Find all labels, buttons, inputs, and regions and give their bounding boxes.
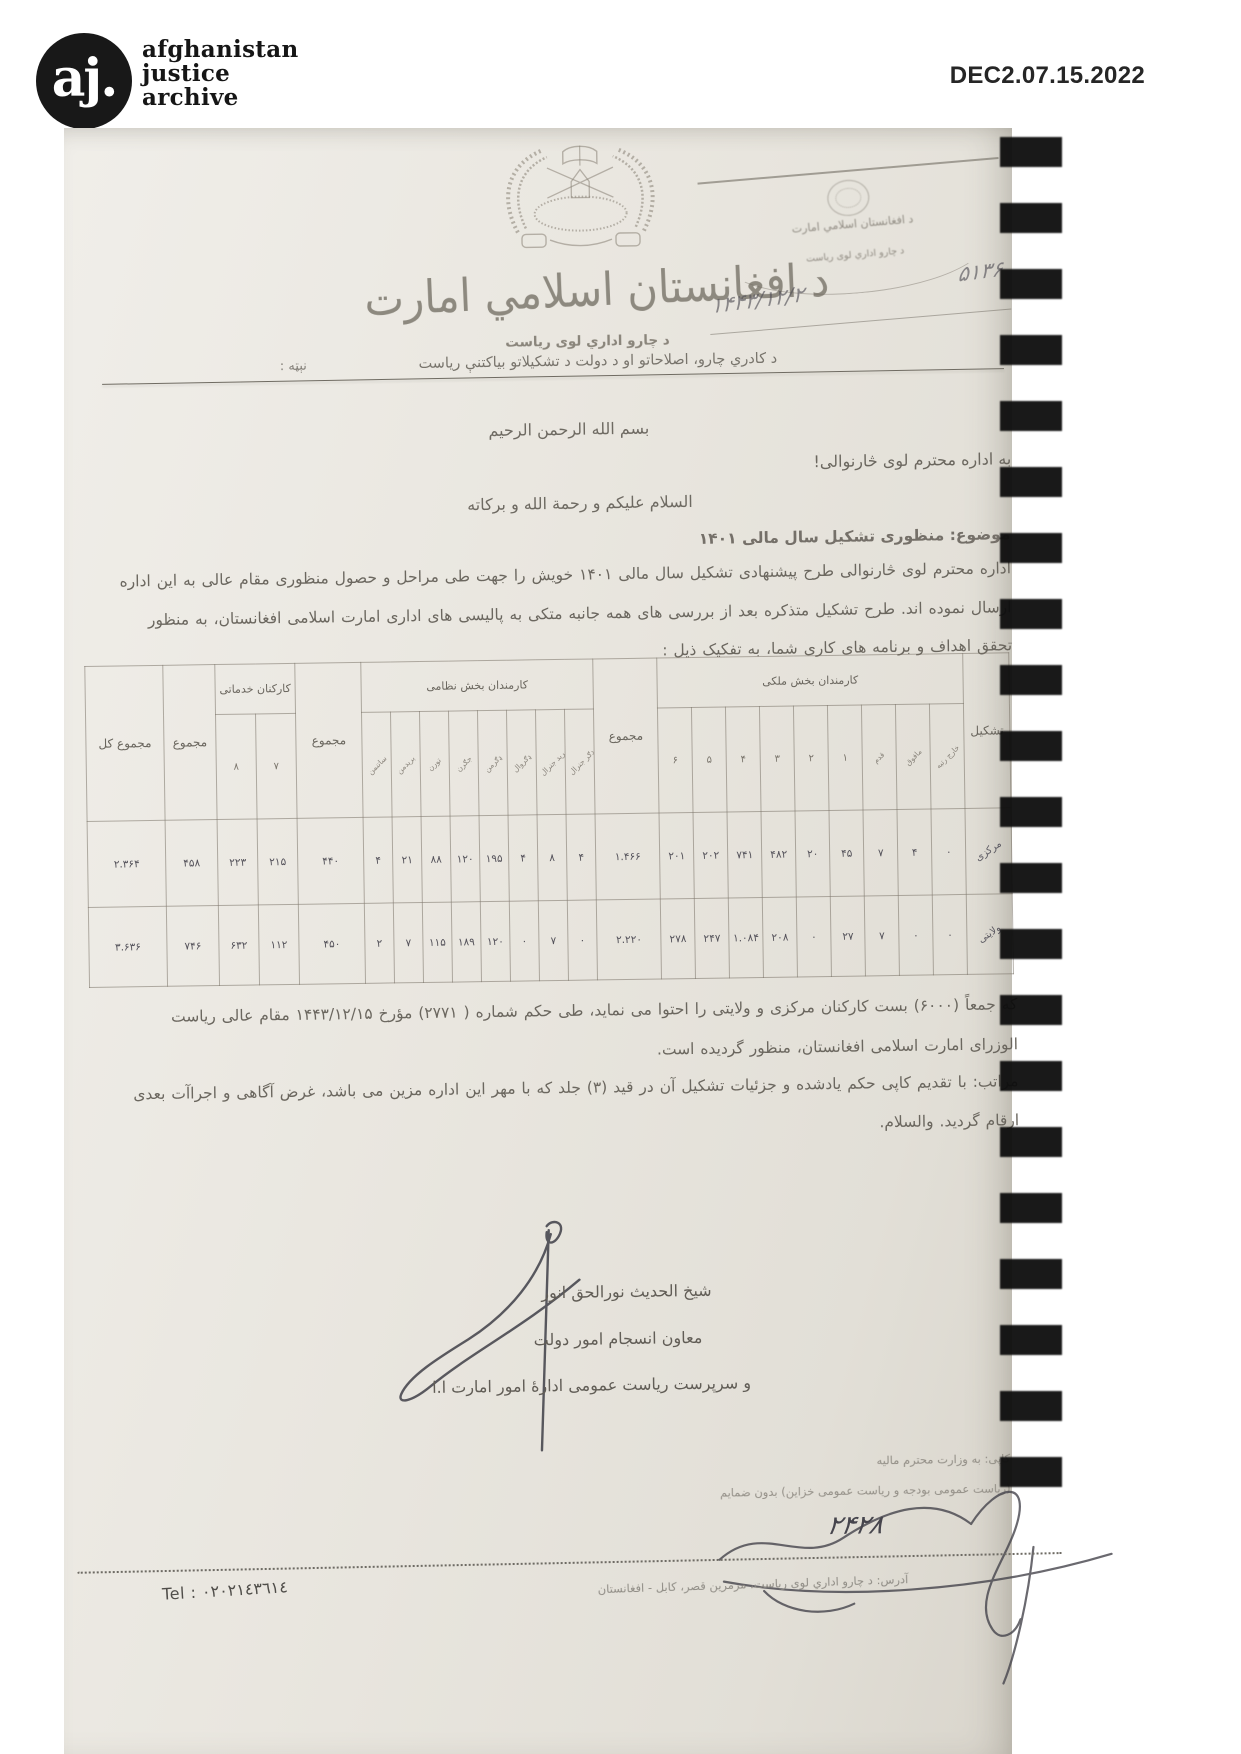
table-cell: ۲۰۲ — [693, 812, 728, 898]
table-sub-header-14: ۲ — [794, 705, 830, 810]
body-line: ارسال نموده اند. طرح تشکیل متذکره بعد از… — [1, 598, 1011, 631]
table-sub-header-11: ۵ — [692, 707, 728, 812]
table-group-header-2: کارکنان خدماتی — [215, 663, 296, 714]
body-line: اداره محترم لوی څارنوالی طرح پیشنهادی تش… — [1, 559, 1011, 592]
table-sub-header-7: ډګروال — [506, 710, 537, 815]
archive-name-line: justice — [142, 62, 298, 86]
table-cell: ۸۸ — [421, 816, 451, 902]
addressee-line: به اداره محترم لوی څارنوالی! — [813, 449, 1011, 471]
table-sub-header-0: ۸ — [216, 714, 258, 820]
table-sub-header-15: ۱ — [828, 705, 864, 810]
table-cell: ۴۸۲ — [761, 811, 796, 897]
table-cell: ۲ — [364, 903, 394, 983]
table-cell: ۱.۴۶۶ — [595, 813, 660, 900]
archive-logo-monogram: aj. — [52, 48, 117, 109]
after-table-line: که جمعاً (۶۰۰۰) بست کارکنان مرکزی و ولای… — [7, 995, 1017, 1028]
table-sub-header-2: ساتنمن — [361, 712, 392, 817]
table-group-header-0: مجموع کل — [85, 665, 165, 821]
table-cell: ۰ — [898, 895, 933, 975]
table-sub-header-3: بریدمن — [390, 712, 421, 817]
table-cell: ۲۱۵ — [257, 818, 298, 905]
table-cell: ۱۸۹ — [451, 902, 481, 982]
table-sub-header-18: خارج رتبه — [930, 703, 966, 808]
table-cell: ۰ — [931, 808, 966, 894]
table-sub-header-13: ۳ — [760, 706, 796, 811]
archive-page: { "page": { "archive_logo": { "monogram"… — [0, 0, 1241, 1754]
table-cell: ۰ — [932, 894, 967, 974]
scanned-document-page: د افغانستان اسلامي امارت د چارو اداري لو… — [64, 128, 1012, 1754]
table-cell: ۲۲۳ — [217, 819, 258, 906]
table-cell: ۷ — [393, 903, 423, 983]
table-cell: ۴۵ — [829, 810, 864, 896]
table-sub-header-4: تورن — [419, 711, 450, 816]
table-cell: ۷۴۶ — [166, 906, 219, 987]
table-cell: ۲.۳۶۴ — [87, 820, 166, 907]
table-sub-header-5: جګرن — [448, 711, 479, 816]
table-sub-header-1: ۷ — [256, 713, 298, 819]
table-cell: ۷ — [864, 895, 899, 975]
table-sub-header-6: ډګرمن — [477, 710, 508, 815]
table-sub-header-8: برید جنرال — [535, 709, 566, 814]
staffing-table-container: مجموع کلمجموعکارکنان خدماتیمجموعکارمندان… — [84, 652, 1015, 988]
stamp-handwritten-date: ۱۴۴۳/۱۲/۲ — [710, 282, 804, 318]
table-sub-header-12: ۴ — [726, 706, 762, 811]
table-cell: ۴ — [897, 809, 932, 895]
salutation-line: السلام علیکم و رحمة الله و برکاته — [396, 491, 764, 515]
table-cell: ۲۰۸ — [762, 897, 797, 977]
table-cell: ۲۷ — [830, 896, 865, 976]
table-cell: ۷ — [863, 809, 898, 895]
table-cell: ۱۱۲ — [258, 904, 299, 985]
table-cell: ۴ — [566, 814, 596, 900]
table-cell: ۷ — [538, 900, 568, 980]
table-cell: ۲.۲۲۰ — [596, 899, 661, 980]
staffing-table: مجموع کلمجموعکارکنان خدماتیمجموعکارمندان… — [84, 652, 1014, 988]
letterhead-divider — [102, 368, 1004, 385]
table-cell: ۴۵۰ — [298, 903, 365, 984]
after-table-line: مراتب: با تقدیم کاپی حکم یادشده و جزئیات… — [9, 1072, 1019, 1105]
table-cell: ۶۳۲ — [218, 905, 259, 986]
table-sub-header-16: قدم — [862, 704, 898, 809]
department-line: د کادري چارو، اصلاحاتو او د دولت د تشکیل… — [376, 350, 820, 373]
table-cell: ۲۴۷ — [694, 898, 729, 978]
table-cell: ۲۱ — [392, 817, 422, 903]
table-cell: ۰ — [796, 896, 831, 976]
archive-logo: aj. — [36, 33, 132, 129]
archive-name-line: afghanistan — [142, 38, 298, 62]
table-cell: ۲۰ — [795, 810, 830, 896]
signatory-name: شیخ الحدیث نورالحق انور — [541, 1281, 712, 1303]
registration-stamp: د افغانستان اسلامي امارت د چارو اداري لو… — [697, 157, 1013, 356]
table-sub-header-9: ډګر جنرال — [564, 709, 595, 814]
signatory-title-2: و سرپرست ریاست عمومی ادارهٔ امور امارت ا… — [432, 1373, 751, 1397]
handwritten-number: ۲۴۲۸ — [825, 1510, 887, 1541]
emirate-emblem-icon — [490, 134, 670, 257]
archive-name-line: archive — [142, 86, 298, 110]
table-cell: ۰ — [567, 900, 597, 980]
table-cell: ۱.۰۸۴ — [728, 897, 763, 977]
table-cell: ۲۰۱ — [659, 812, 694, 898]
document-reference-code: DEC2.07.15.2022 — [860, 62, 1145, 90]
table-row: ۲.۳۶۴۴۵۸۲۲۳۲۱۵۴۴۰۴۲۱۸۸۱۲۰۱۹۵۴۸۴۱.۴۶۶۲۰۱۲… — [87, 808, 1012, 908]
telephone-line: Tel : ٠٢٠٢١٤٣٦١٤ — [162, 1577, 289, 1604]
after-table-line: الوزرای امارت اسلامی افغانستان، منظور گر… — [8, 1035, 1018, 1068]
table-cell: ۰ — [509, 901, 539, 981]
signatory-title-1: معاون انسجام امور دولت — [534, 1328, 703, 1349]
table-cell: ۴ — [363, 817, 393, 903]
table-sub-header-17: مافوق — [896, 704, 932, 809]
table-cell: ۱۹۵ — [479, 815, 509, 901]
table-cell: ۸ — [537, 814, 567, 900]
table-sub-header-10: ۶ — [658, 707, 694, 812]
table-group-header-6: کارمندان بخش ملکی — [657, 653, 964, 708]
table-group-header-4: کارمندان بخش نظامی — [361, 659, 594, 712]
table-row: ۳.۶۳۶۷۴۶۶۳۲۱۱۲۴۵۰۲۷۱۱۵۱۸۹۱۲۰۰۷۰۲.۲۲۰۲۷۸۲… — [88, 894, 1013, 988]
table-cell: ۴۵۸ — [165, 820, 218, 907]
date-label: نېټه : — [280, 359, 307, 374]
table-cell: ۷۴۱ — [727, 811, 762, 897]
table-cell: ۲۷۸ — [660, 898, 695, 978]
archive-name: afghanistan justice archive — [142, 38, 298, 110]
table-cell: ۴۴۰ — [297, 817, 364, 904]
spiral-binding — [1000, 137, 1062, 1487]
basmala-line: بسم الله الرحمن الرحیم — [389, 417, 749, 441]
table-cell: ۴ — [508, 815, 538, 901]
table-cell: ۱۲۰ — [480, 901, 510, 981]
scan-content: د افغانستان اسلامي امارت د چارو اداري لو… — [54, 121, 1026, 1754]
subject-line: موضوع: منظوری تشکیل سال مالی ۱۴۰۱ — [699, 525, 1011, 548]
table-cell: ۱۱۵ — [422, 902, 452, 982]
stamp-handwritten-number: ۵۱۳۶ — [957, 257, 1003, 287]
table-cell: ۱۲۰ — [450, 816, 480, 902]
table-cell: ۳.۶۳۶ — [88, 906, 167, 987]
table-group-header-1: مجموع — [163, 665, 217, 821]
table-group-header-5: مجموع — [593, 658, 659, 814]
after-table-line: ارقام گردید. والسلام. — [9, 1111, 1019, 1144]
table-group-header-3: مجموع — [295, 662, 363, 818]
